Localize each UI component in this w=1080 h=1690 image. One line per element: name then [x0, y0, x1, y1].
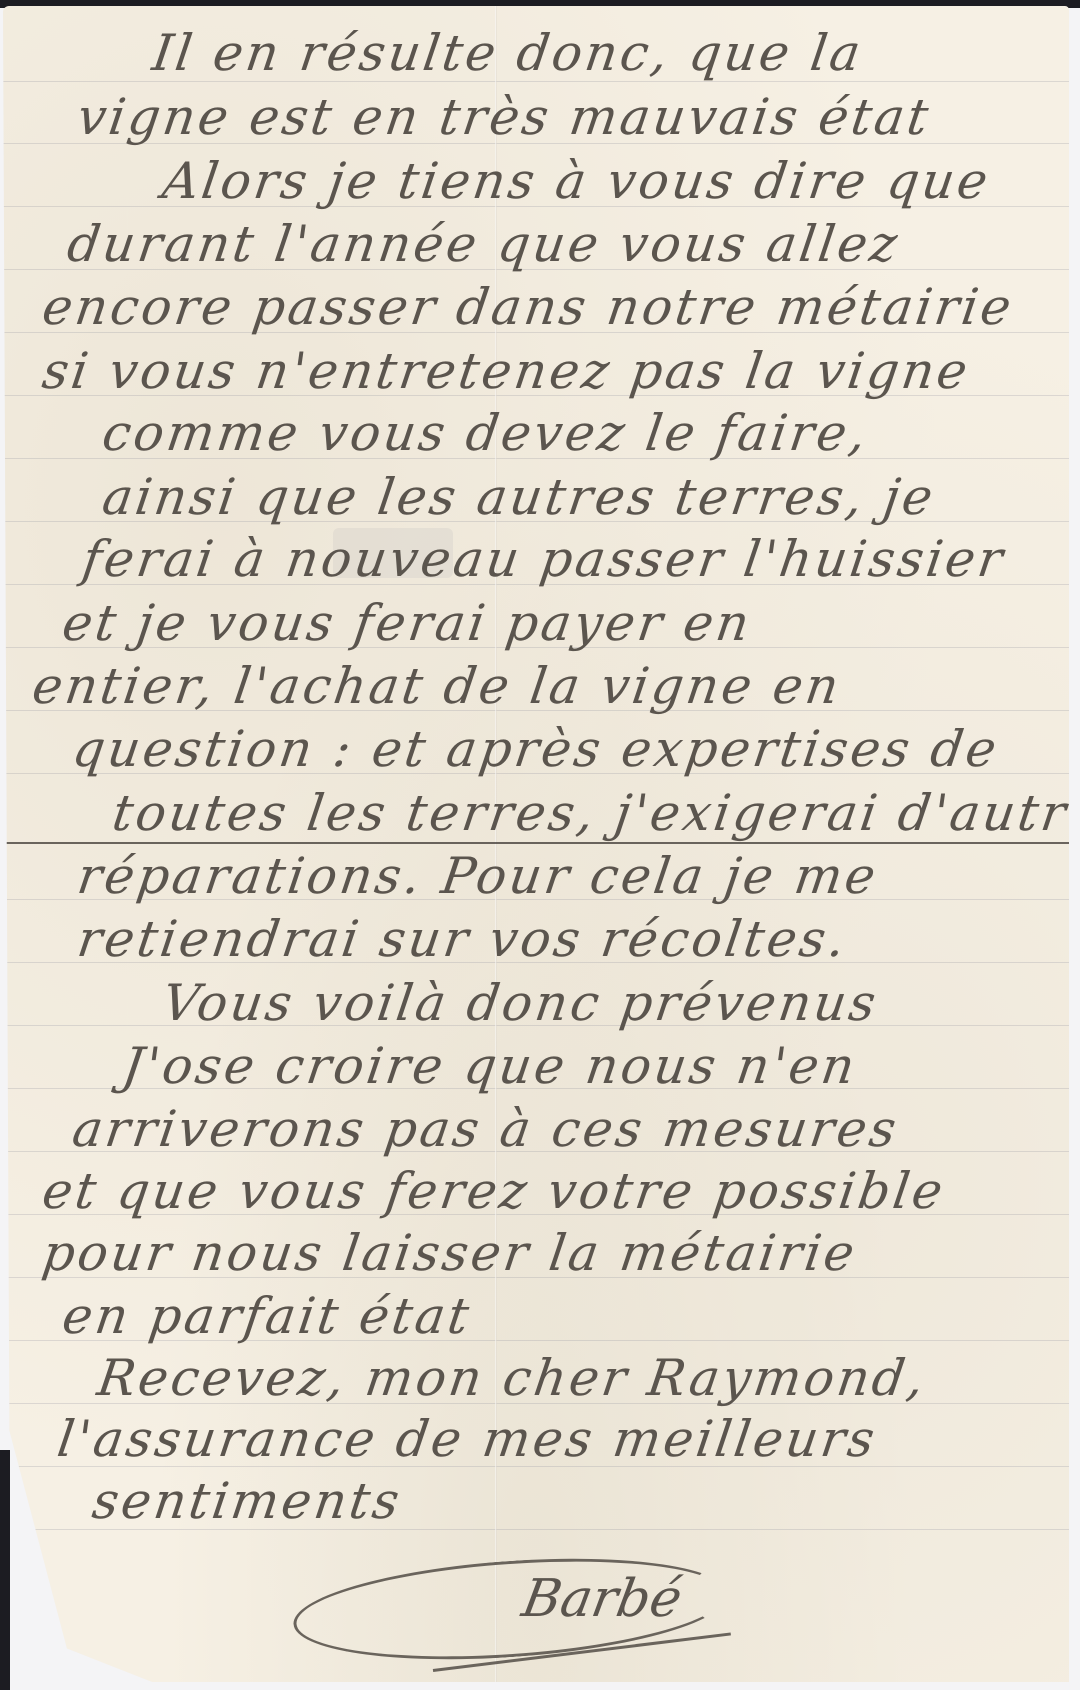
scanned-letter: Il en résulte donc, que la vigne est en … [0, 0, 1080, 1690]
letter-line: pour nous laisser la métairie [39, 1228, 860, 1278]
letter-line: en parfait état [59, 1291, 474, 1341]
letter-paper: Il en résulte donc, que la vigne est en … [3, 6, 1069, 1682]
letter-line: encore passer dans notre métairie [39, 282, 1017, 332]
letter-line: question : et après expertises de [69, 724, 1002, 774]
letter-line: ferai à nouveau passer l'huissier [79, 534, 1008, 584]
letter-line: entier, l'achat de la vigne en [29, 661, 844, 711]
letter-line: ainsi que les autres terres, je [99, 472, 938, 522]
signature-name: Barbé [518, 1569, 687, 1629]
letter-line: Alors je tiens à vous dire que [159, 156, 993, 206]
letter-line: Recevez, mon cher Raymond, [94, 1353, 929, 1403]
letter-line: durant l'année que vous allez [64, 219, 903, 269]
letter-line: et que vous ferez votre possible [39, 1166, 948, 1216]
letter-line: réparations. Pour cela je me [74, 851, 881, 901]
letter-line: Vous voilà donc prévenus [159, 978, 881, 1028]
letter-line: toutes les terres, j'exigerai d'autres [109, 788, 1080, 838]
letter-line: et je vous ferai payer en [59, 598, 755, 648]
letter-line: Il en résulte donc, que la [149, 28, 866, 78]
scan-border-left [0, 1450, 10, 1690]
letter-line: si vous n'entretenez pas la vigne [39, 346, 973, 396]
fold-crease-horizontal [3, 842, 1069, 844]
signature: Barbé [293, 1551, 873, 1671]
letter-line: comme vous devez le faire, [99, 408, 871, 458]
letter-line: arriverons pas à ces mesures [69, 1104, 901, 1154]
letter-line: retiendrai sur vos récoltes. [74, 914, 850, 964]
letter-line: l'assurance de mes meilleurs [54, 1414, 880, 1464]
letter-line: J'ose croire que nous n'en [119, 1041, 860, 1091]
letter-line: sentiments [89, 1476, 405, 1526]
letter-line: vigne est en très mauvais état [74, 92, 934, 142]
